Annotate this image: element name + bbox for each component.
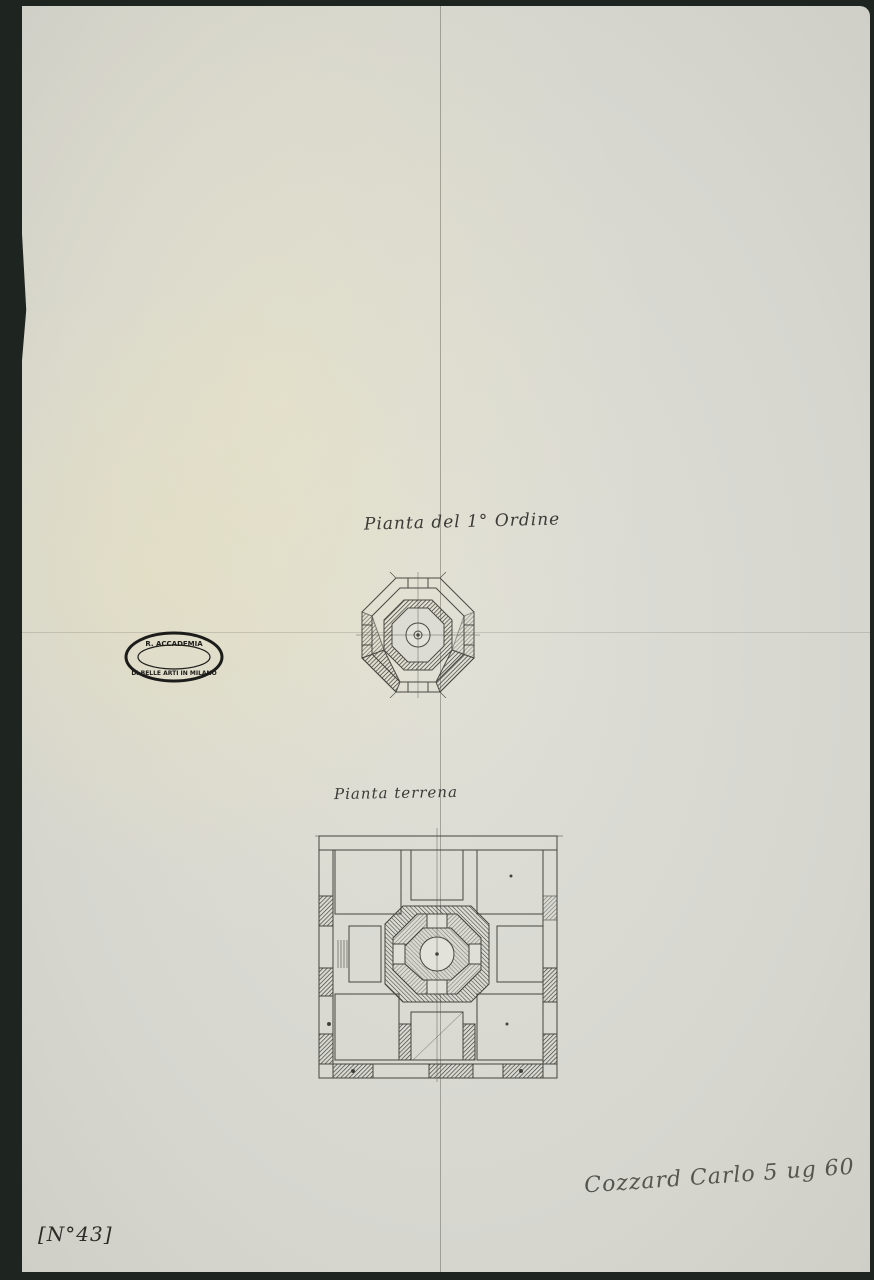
catalog-number: [N°43]	[38, 1222, 113, 1246]
stamp-line-2: DI BELLE ARTI IN MILANO	[131, 670, 216, 677]
academy-stamp: R. ACCADEMIA DI BELLE ARTI IN MILANO	[124, 630, 224, 684]
upper-floor-plan-drawing	[356, 572, 480, 698]
stamp-line-1: R. ACCADEMIA	[145, 640, 203, 648]
octagon-plan-icon	[356, 572, 480, 698]
ground-floor-plan-drawing	[293, 828, 563, 1082]
square-plan-icon	[293, 828, 563, 1082]
lower-plan-title: Pianta terrena	[334, 783, 458, 803]
